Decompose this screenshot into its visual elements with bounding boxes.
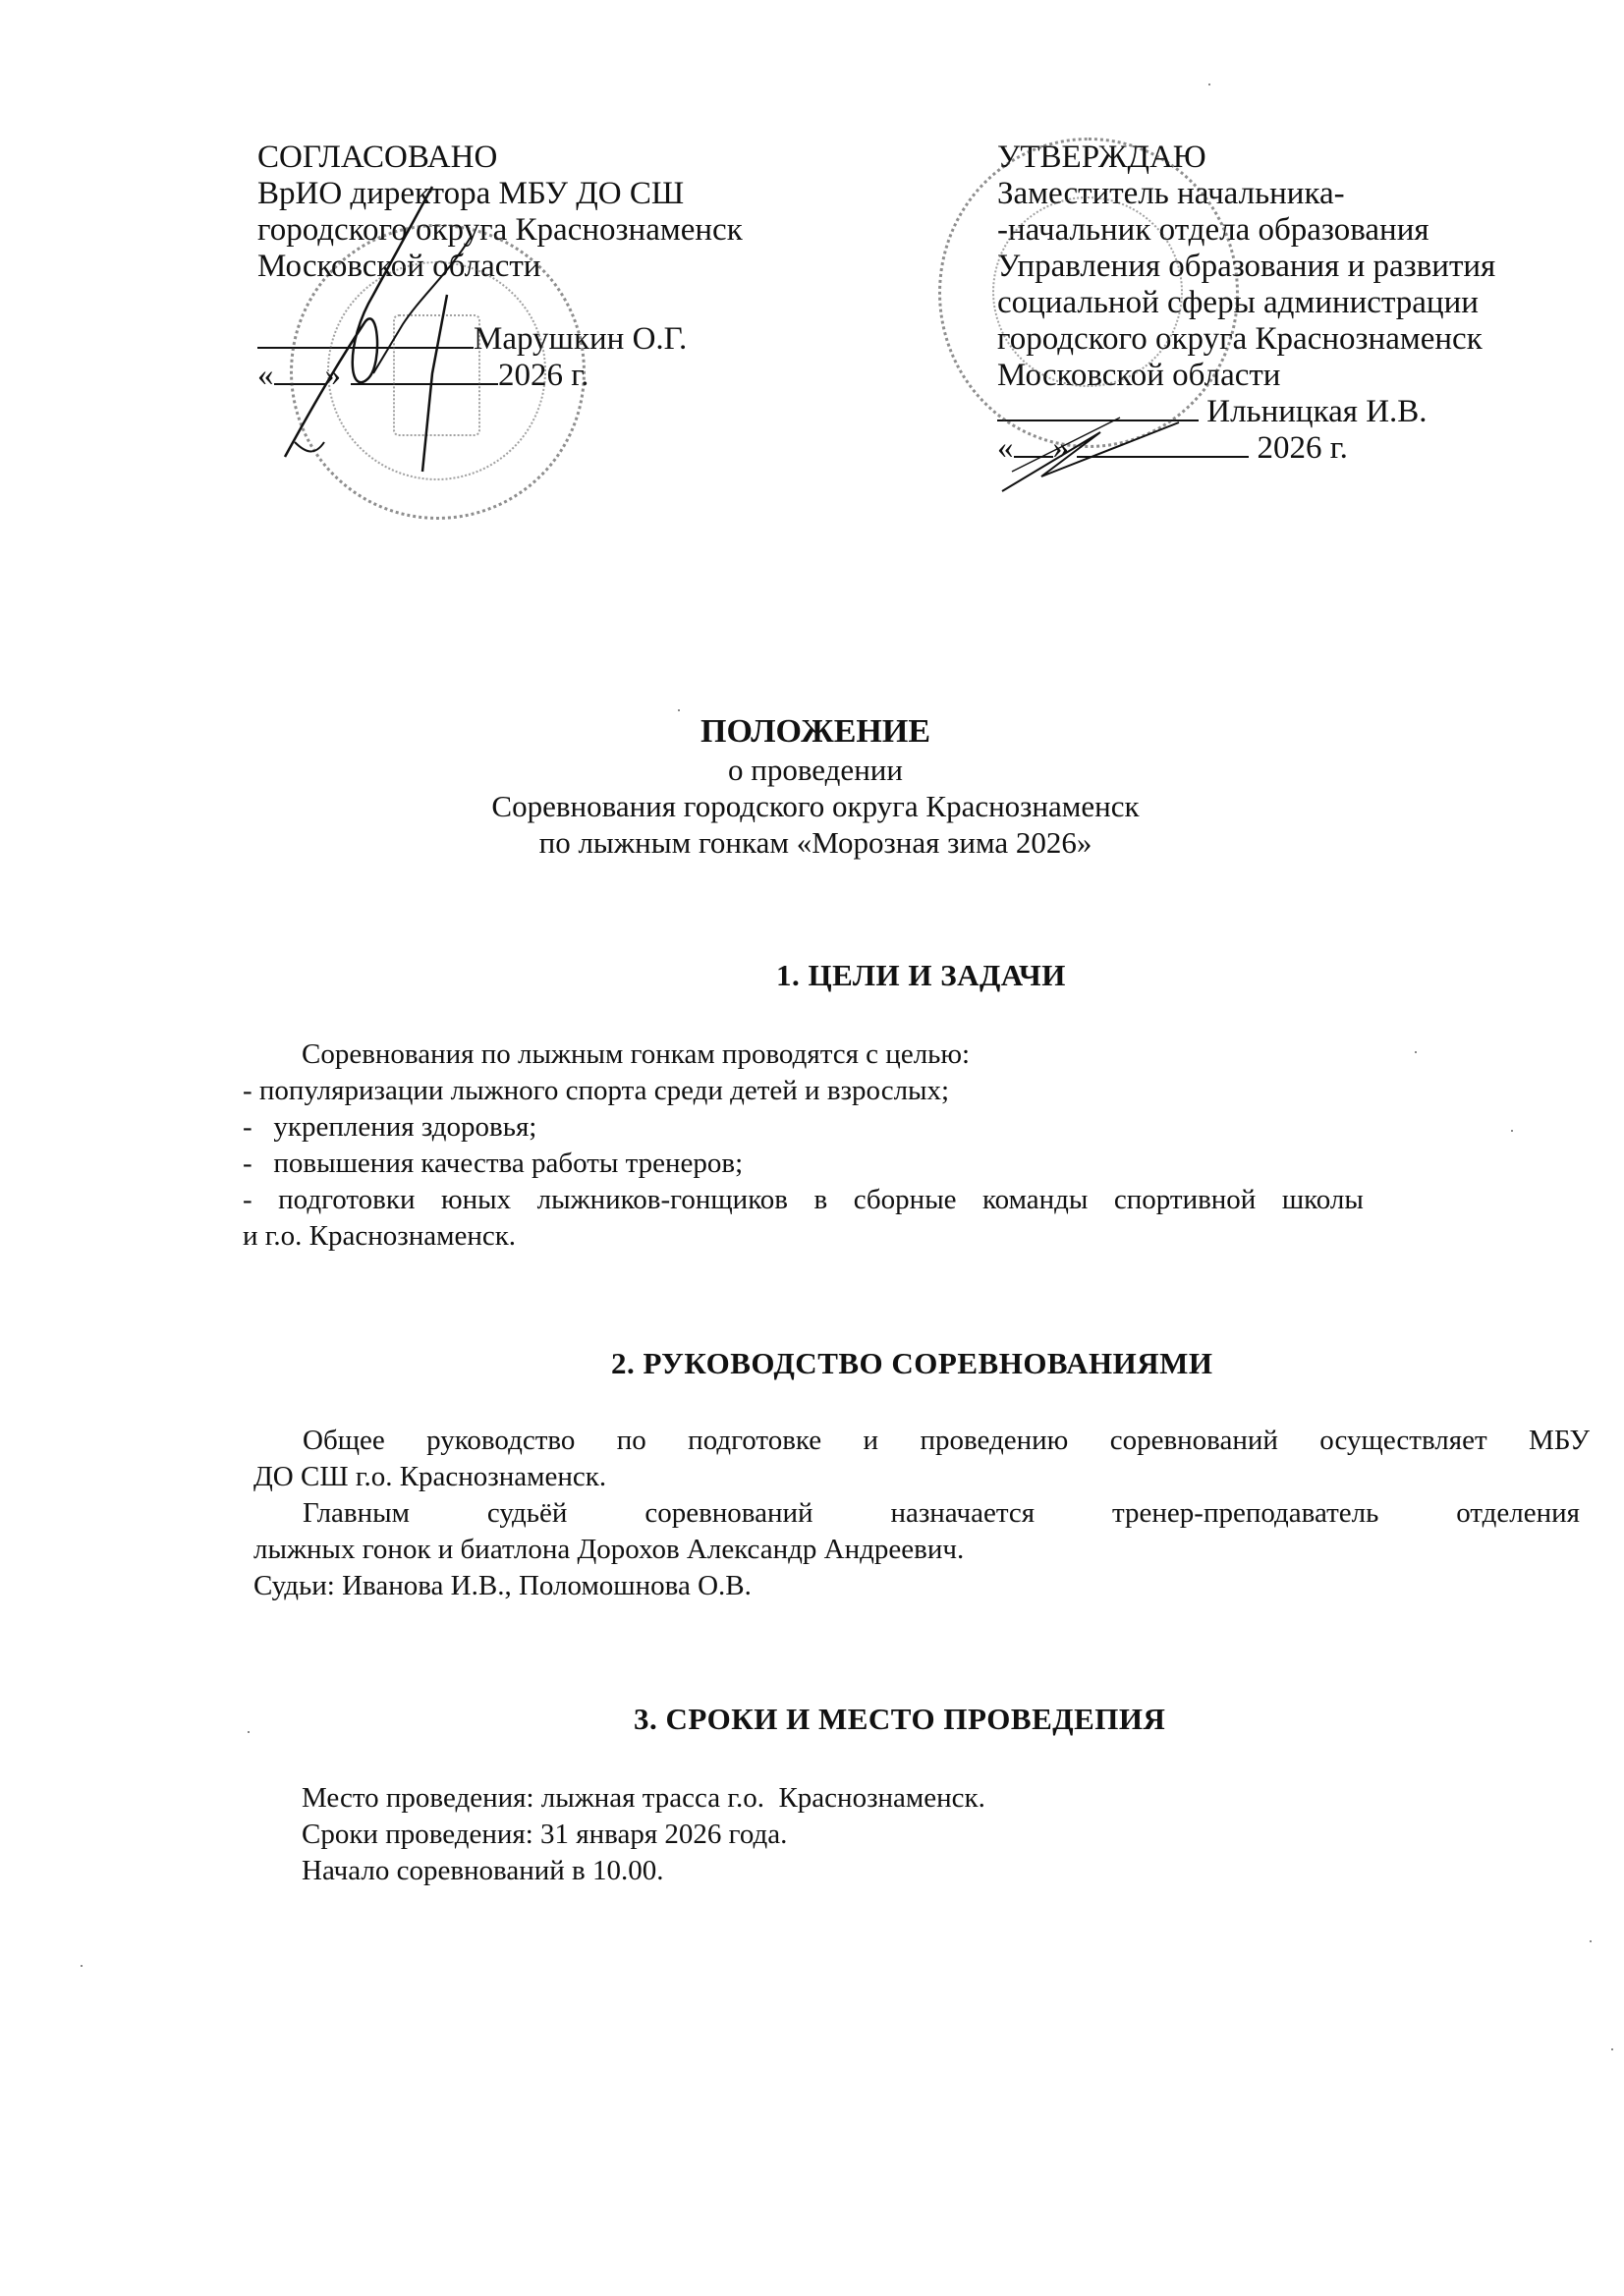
day-blank <box>1014 456 1053 458</box>
approval-left-block: СОГЛАСОВАНО ВрИО директора МБУ ДО СШ гор… <box>257 140 743 394</box>
section-3-body: Место проведения: лыжная трасса г.о. Кра… <box>302 1780 985 1889</box>
scan-speck <box>1415 1051 1417 1053</box>
approval-right-block: УТВЕРЖДАЮ Заместитель начальника- -начал… <box>997 140 1495 467</box>
section-1-item: - подготовки юных лыжников-гонщиков в сб… <box>243 1182 1584 1218</box>
section-2-paragraph: лыжных гонок и биатлона Дорохов Александ… <box>253 1532 1590 1568</box>
scan-speck <box>678 709 680 711</box>
approval-right-line: социальной сферы администрации <box>997 285 1495 321</box>
document-subtitle-3: по лыжным гонкам «Морозная зима 2026» <box>324 824 1307 861</box>
section-1-item: - укрепления здоровья; <box>243 1109 1584 1146</box>
approval-left-line: городского округа Краснознаменск <box>257 212 743 249</box>
section-3-paragraph: Начало соревнований в 10.00. <box>302 1853 985 1889</box>
approval-right-line: -начальник отдела образования <box>997 212 1495 249</box>
section-1-item: - популяризации лыжного спорта среди дет… <box>243 1073 1584 1109</box>
section-2-paragraph: Общее руководство по подготовке и провед… <box>253 1423 1590 1459</box>
date-quote-open: « <box>997 430 1014 466</box>
section-2-heading: 2. РУКОВОДСТВО СОРЕВНОВАНИЯМИ <box>611 1346 1213 1381</box>
section-1-item: и г.о. Краснознаменск. <box>243 1218 1584 1255</box>
approval-left-year: 2026 г. <box>498 358 588 393</box>
day-blank <box>274 383 325 385</box>
approval-right-line: Управления образования и развития <box>997 249 1495 285</box>
section-1-body: Соревнования по лыжным гонкам проводятся… <box>243 1036 1584 1255</box>
scan-speck <box>248 1731 250 1733</box>
scan-speck <box>1590 1940 1592 1942</box>
document-title-block: ПОЛОЖЕНИЕ о проведении <box>472 712 1159 788</box>
approval-right-line: городского округа Краснознаменск <box>997 321 1495 358</box>
date-quote-close: » <box>1053 430 1070 466</box>
section-2-paragraph: Судьи: Иванова И.В., Поломошнова О.В. <box>253 1568 1590 1604</box>
signature-blank <box>997 420 1199 421</box>
section-3-heading: 3. СРОКИ И МЕСТО ПРОВЕДЕПИЯ <box>634 1702 1165 1737</box>
scan-speck <box>1208 84 1210 85</box>
approval-left-date-line: «»2026 г. <box>257 358 743 394</box>
section-2-body: Общее руководство по подготовке и провед… <box>253 1423 1590 1604</box>
approval-right-signature-line: Ильницкая И.В. <box>997 394 1495 430</box>
signature-blank <box>257 347 474 349</box>
section-3-paragraph: Место проведения: лыжная трасса г.о. Кра… <box>302 1780 985 1817</box>
approval-right-date-line: «» 2026 г. <box>997 430 1495 467</box>
section-2-paragraph: ДО СШ г.о. Краснознаменск. <box>253 1459 1590 1495</box>
month-blank <box>351 383 498 385</box>
approval-right-line: Заместитель начальника- <box>997 176 1495 212</box>
section-3-paragraph: Сроки проведения: 31 января 2026 года. <box>302 1817 985 1853</box>
section-1-heading: 1. ЦЕЛИ И ЗАДАЧИ <box>776 958 1066 993</box>
approval-left-signature-line: Марушкин О.Г. <box>257 321 743 358</box>
approval-left-heading: СОГЛАСОВАНО <box>257 140 743 176</box>
document-subtitle-1: о проведении <box>472 752 1159 788</box>
approval-right-year: 2026 г. <box>1258 430 1348 466</box>
document-subtitle-block: Соревнования городского округа Краснозна… <box>324 788 1307 861</box>
month-blank <box>1077 456 1249 458</box>
section-2-paragraph: Главным судьёй соревнований назначается … <box>253 1495 1580 1532</box>
date-quote-open: « <box>257 358 274 393</box>
approval-left-line: Московской области <box>257 249 743 285</box>
document-subtitle-2: Соревнования городского округа Краснозна… <box>324 788 1307 824</box>
approval-right-heading: УТВЕРЖДАЮ <box>997 140 1495 176</box>
approval-left-signatory: Марушкин О.Г. <box>474 321 687 357</box>
section-1-intro: Соревнования по лыжным гонкам проводятся… <box>243 1036 1584 1073</box>
approval-left-line: ВрИО директора МБУ ДО СШ <box>257 176 743 212</box>
approval-right-line: Московской области <box>997 358 1495 394</box>
scan-speck <box>81 1965 83 1967</box>
document-title: ПОЛОЖЕНИЕ <box>472 712 1159 752</box>
scan-speck <box>1511 1130 1513 1132</box>
approval-right-signatory: Ильницкая И.В. <box>1206 394 1427 429</box>
document-page: СОГЛАСОВАНО ВрИО директора МБУ ДО СШ гор… <box>0 0 1624 2296</box>
scan-speck <box>1611 2048 1613 2050</box>
section-1-item: - повышения качества работы тренеров; <box>243 1146 1584 1182</box>
date-quote-close: » <box>325 358 342 393</box>
